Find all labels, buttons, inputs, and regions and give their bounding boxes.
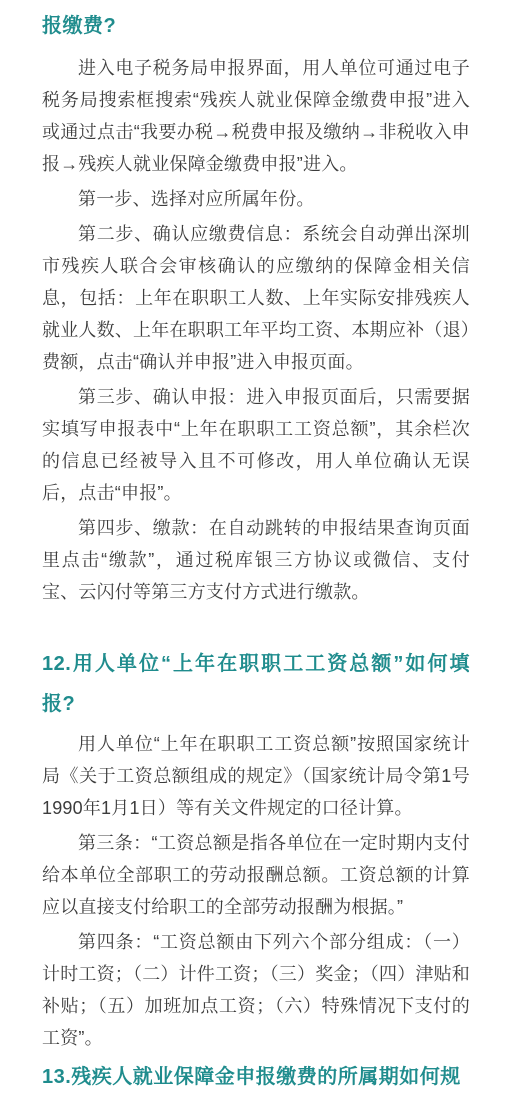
para-q12-article-3: 第三条：“工资总额是指各单位在一定时期内支付给本单位全部职工的劳动报酬总额。工资… (42, 827, 470, 923)
para-q12-statistics-bureau-rule: 用人单位“上年在职职工工资总额”按照国家统计局《关于工资总额组成的规定》（国家统… (42, 728, 470, 824)
para-q12-article-4: 第四条：“工资总额由下列六个部分组成：（一）计时工资；（二）计件工资；（三）奖金… (42, 926, 470, 1054)
para-step2-confirm-fee-info: 第二步、确认应缴费信息：系统会自动弹出深圳市残疾人联合会审核确认的应缴纳的保障金… (42, 218, 470, 378)
para-etax-entry-path: 进入电子税务局申报界面，用人单位可通过电子税务局搜索框搜索“残疾人就业保障金缴费… (42, 52, 470, 180)
heading-question-13-truncated: 13.残疾人就业保障金申报缴费的所属期如何规 (42, 1057, 470, 1096)
para-step3-confirm-declaration: 第三步、确认申报：进入申报页面后，只需要据实填写申报表中“上年在职职工工资总额”… (42, 381, 470, 509)
para-step4-payment: 第四步、缴款：在自动跳转的申报结果查询页面里点击“缴款”，通过税库银三方协议或微… (42, 512, 470, 608)
para-step1-select-year: 第一步、选择对应所属年份。 (42, 183, 470, 215)
heading-question-12: 12.用人单位“上年在职职工工资总额”如何填报? (42, 644, 470, 724)
heading-payment-declaration-partial: 报缴费? (42, 6, 470, 46)
faq-document-page: 报缴费? 进入电子税务局申报界面，用人单位可通过电子税务局搜索框搜索“残疾人就业… (0, 0, 511, 1096)
